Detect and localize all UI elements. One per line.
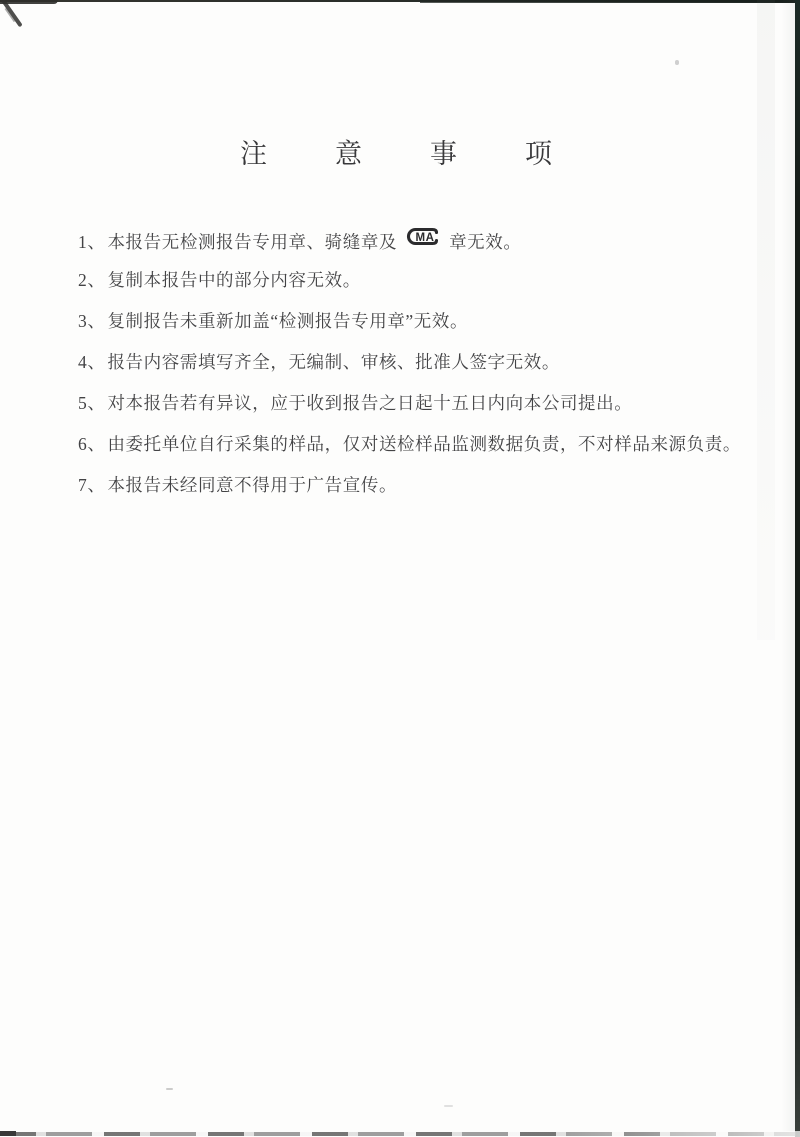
list-item: 5、对本报告若有异议，应于收到报告之日起十五日内向本公司提出。 xyxy=(78,391,758,415)
notes-list: 1、本报告无检测报告专用章、骑缝章及 MA 章无效。 2、复制本报告中的部分内容… xyxy=(78,227,758,514)
item-text: 章无效。 xyxy=(449,232,521,252)
list-item: 4、报告内容需填写齐全，无编制、审核、批准人签字无效。 xyxy=(78,350,758,374)
item-number: 3、 xyxy=(78,311,105,331)
scan-artifact-bottom-fade xyxy=(560,1131,800,1137)
item-number: 4、 xyxy=(78,352,105,372)
item-text: 复制本报告中的部分内容无效。 xyxy=(107,270,360,290)
item-number: 6、 xyxy=(78,434,105,454)
list-item: 3、复制报告未重新加盖“检测报告专用章”无效。 xyxy=(78,309,758,333)
cma-stamp-icon: MA xyxy=(405,227,442,246)
item-number: 2、 xyxy=(78,270,105,290)
scan-artifact-top-left-wedge xyxy=(0,0,58,4)
item-number: 5、 xyxy=(78,393,105,413)
list-item: 2、复制本报告中的部分内容无效。 xyxy=(78,268,758,292)
item-text: 报告内容需填写齐全，无编制、审核、批准人签字无效。 xyxy=(107,352,560,372)
item-text: 对本报告若有异议，应于收到报告之日起十五日内向本公司提出。 xyxy=(107,393,632,413)
item-text: 本报告未经同意不得用于广告宣传。 xyxy=(107,475,397,495)
scan-artifact-speck xyxy=(444,1105,453,1107)
scan-artifact-corner-smudge xyxy=(0,0,23,27)
item-number: 7、 xyxy=(78,475,105,495)
item-number: 1、 xyxy=(78,232,105,252)
item-text: 本报告无检测报告专用章、骑缝章及 xyxy=(107,232,397,252)
cma-stamp-text: MA xyxy=(416,232,435,244)
scan-artifact-speck xyxy=(166,1088,173,1090)
scan-artifact-speck xyxy=(675,60,679,65)
list-item: 7、本报告未经同意不得用于广告宣传。 xyxy=(78,473,758,497)
scan-artifact-top-right-edge xyxy=(420,0,800,3)
scan-artifact-top-edge xyxy=(0,0,800,2)
scan-artifact-bottom-edge xyxy=(0,1132,796,1136)
page-title: 注意事项 xyxy=(240,138,620,170)
scan-artifact-right-streak xyxy=(757,0,775,640)
scanned-page: 注意事项 1、本报告无检测报告专用章、骑缝章及 MA 章无效。 2、复制本报告中… xyxy=(0,0,800,1137)
item-text: 由委托单位自行采集的样品，仅对送检样品监测数据负责，不对样品来源负责。 xyxy=(107,434,741,454)
item-text: 复制报告未重新加盖“检测报告专用章”无效。 xyxy=(107,311,468,331)
list-item: 1、本报告无检测报告专用章、骑缝章及 MA 章无效。 xyxy=(78,227,758,251)
scan-artifact-right-edge xyxy=(795,0,800,1137)
list-item: 6、由委托单位自行采集的样品，仅对送检样品监测数据负责，不对样品来源负责。 xyxy=(78,432,758,456)
scan-artifact-corner-smudge-tail xyxy=(5,8,16,22)
scan-artifact-bottom-left-mark xyxy=(0,1131,16,1136)
scan-artifact-right-penumbra xyxy=(781,0,795,1137)
